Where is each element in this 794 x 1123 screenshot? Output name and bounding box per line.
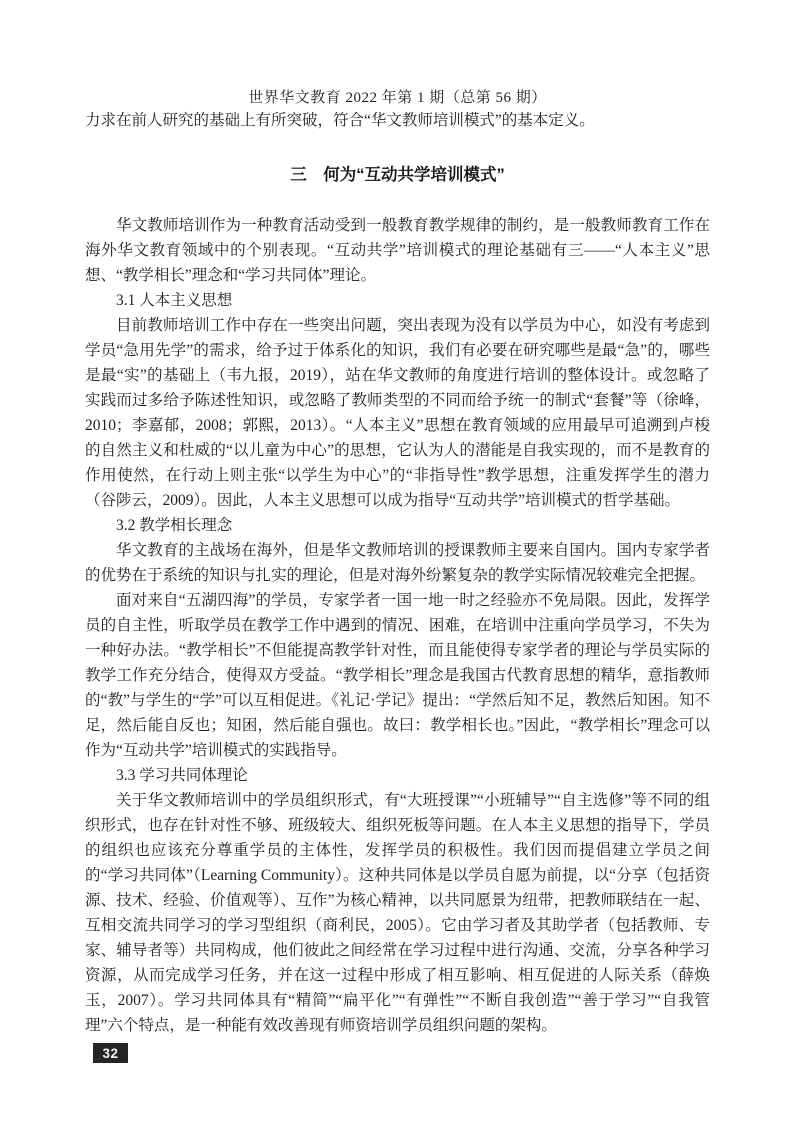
subsection-heading-3-3: 3.3 学习共同体理论 bbox=[85, 763, 710, 788]
journal-header: 世界华文教育 2022 年第 1 期（总第 56 期） bbox=[85, 88, 710, 108]
paragraph: 关于华文教师培训中的学员组织形式，有“大班授课”“小班辅导”“自主选修”等不同的… bbox=[85, 788, 710, 1038]
journal-page: 世界华文教育 2022 年第 1 期（总第 56 期） 力求在前人研究的基础上有… bbox=[0, 0, 794, 1123]
page-number-badge: 32 bbox=[93, 1043, 128, 1063]
paragraph: 面对来自“五湖四海”的学员，专家学者一国一地一时之经验亦不免局限。因此，发挥学员… bbox=[85, 588, 710, 763]
section-heading: 三 何为“互动共学培训模式” bbox=[85, 164, 710, 187]
continuation-paragraph: 力求在前人研究的基础上有所突破，符合“华文教师培训模式”的基本定义。 bbox=[85, 108, 710, 133]
paragraph: 华文教师培训作为一种教育活动受到一般教育教学规律的制约，是一般教师教育工作在海外… bbox=[85, 213, 710, 288]
paragraph: 华文教育的主战场在海外，但是华文教师培训的授课教师主要来自国内。国内专家学者的优… bbox=[85, 538, 710, 588]
paragraph: 目前教师培训工作中存在一些突出问题，突出表现为没有以学员为中心，如没有考虑到学员… bbox=[85, 313, 710, 513]
subsection-heading-3-2: 3.2 教学相长理念 bbox=[85, 513, 710, 538]
subsection-heading-3-1: 3.1 人本主义思想 bbox=[85, 288, 710, 313]
